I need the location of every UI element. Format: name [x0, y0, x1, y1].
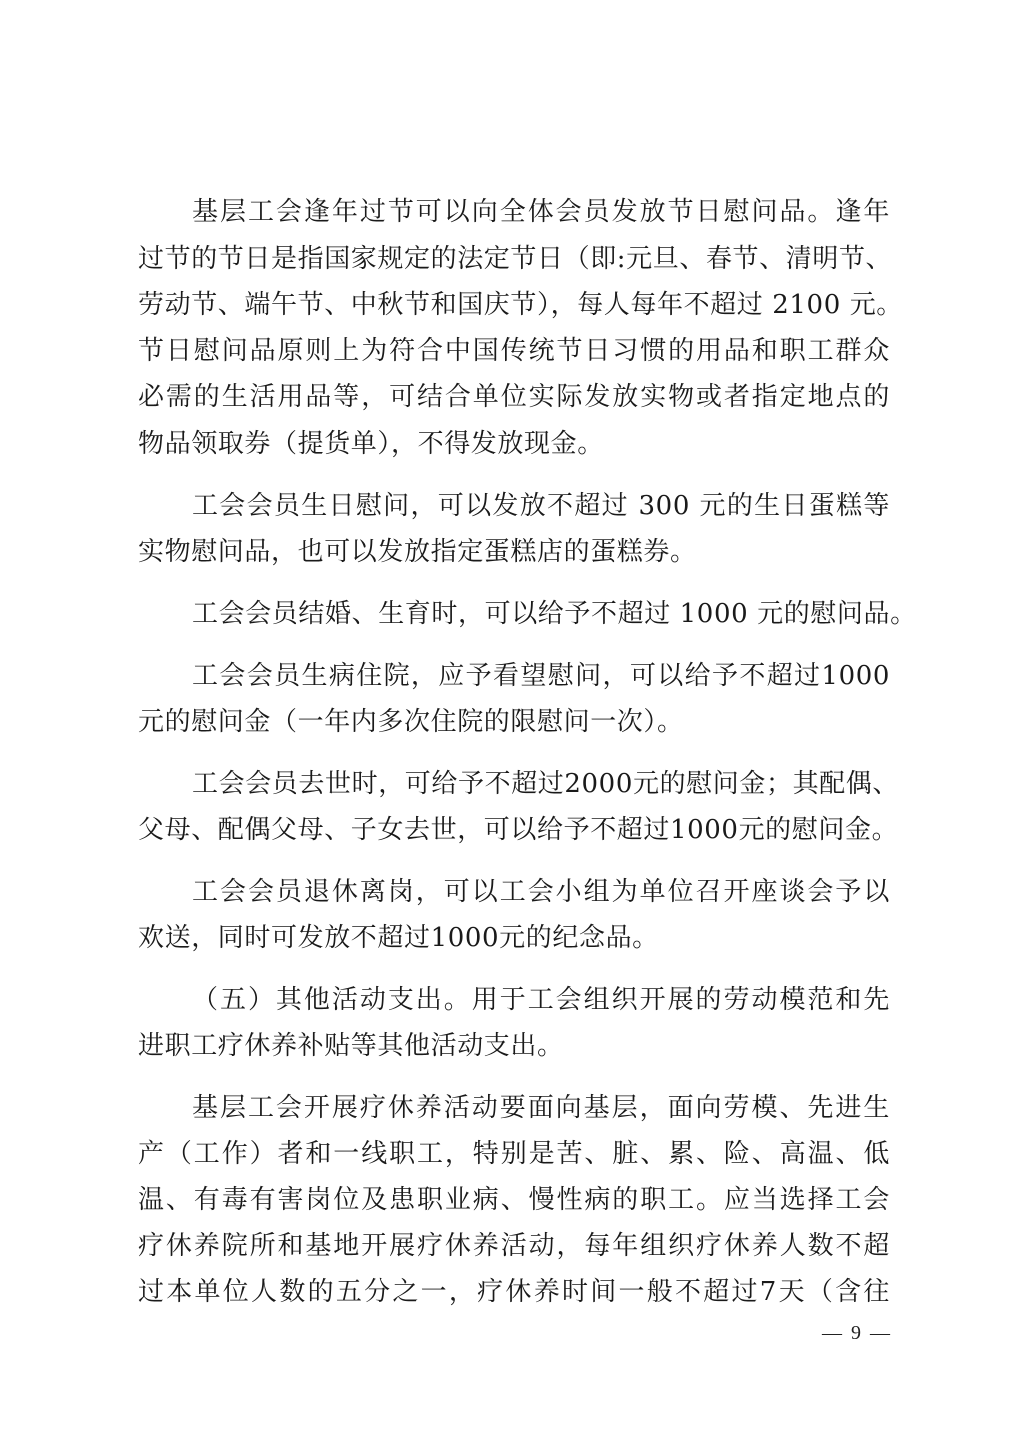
paragraph-5-line-2: 父母、配偶父母、子女去世，可以给予不超过1000元的慰问金。: [138, 815, 890, 845]
paragraph-6-line-2: 欢送，同时可发放不超过1000元的纪念品。: [138, 923, 890, 953]
paragraph-7-line-1: （五）其他活动支出。用于工会组织开展的劳动模范和先: [192, 985, 890, 1015]
paragraph-7-line-2: 进职工疗休养补贴等其他活动支出。: [138, 1031, 890, 1061]
paragraph-1-line-2: 过节的节日是指国家规定的法定节日（即:元旦、春节、清明节、: [138, 244, 890, 274]
document-page: 基层工会逢年过节可以向全体会员发放节日慰问品。逢年 过节的节日是指国家规定的法定…: [0, 0, 1024, 1448]
paragraph-1-line-6: 物品领取券（提货单），不得发放现金。: [138, 429, 890, 459]
paragraph-1-line-3: 劳动节、端午节、中秋节和国庆节），每人每年不超过 2100 元。: [138, 290, 890, 320]
paragraph-1-line-4: 节日慰问品原则上为符合中国传统节日习惯的用品和职工群众: [138, 336, 890, 366]
paragraph-1-line-1: 基层工会逢年过节可以向全体会员发放节日慰问品。逢年: [192, 197, 890, 227]
paragraph-8-line-2: 产（工作）者和一线职工，特别是苦、脏、累、险、高温、低: [138, 1139, 890, 1169]
paragraph-6-line-1: 工会会员退休离岗，可以工会小组为单位召开座谈会予以: [192, 877, 890, 907]
paragraph-3-line-1: 工会会员结婚、生育时，可以给予不超过 1000 元的慰问品。: [192, 599, 890, 629]
paragraph-2-line-1: 工会会员生日慰问，可以发放不超过 300 元的生日蛋糕等: [192, 491, 890, 521]
paragraph-8-line-4: 疗休养院所和基地开展疗休养活动，每年组织疗休养人数不超: [138, 1231, 890, 1261]
paragraph-8-line-3: 温、有毒有害岗位及患职业病、慢性病的职工。应当选择工会: [138, 1185, 890, 1215]
page-number: — 9 —: [812, 1322, 902, 1345]
paragraph-8-line-1: 基层工会开展疗休养活动要面向基层，面向劳模、先进生: [192, 1093, 890, 1123]
paragraph-1-line-5: 必需的生活用品等，可结合单位实际发放实物或者指定地点的: [138, 382, 890, 412]
paragraph-4-line-1: 工会会员生病住院，应予看望慰问，可以给予不超过1000: [192, 661, 890, 691]
paragraph-5-line-1: 工会会员去世时，可给予不超过2000元的慰问金；其配偶、: [192, 769, 890, 799]
paragraph-4-line-2: 元的慰问金（一年内多次住院的限慰问一次）。: [138, 707, 890, 737]
paragraph-8-line-5: 过本单位人数的五分之一，疗休养时间一般不超过7天（含往: [138, 1277, 890, 1307]
paragraph-2-line-2: 实物慰问品，也可以发放指定蛋糕店的蛋糕券。: [138, 537, 890, 567]
